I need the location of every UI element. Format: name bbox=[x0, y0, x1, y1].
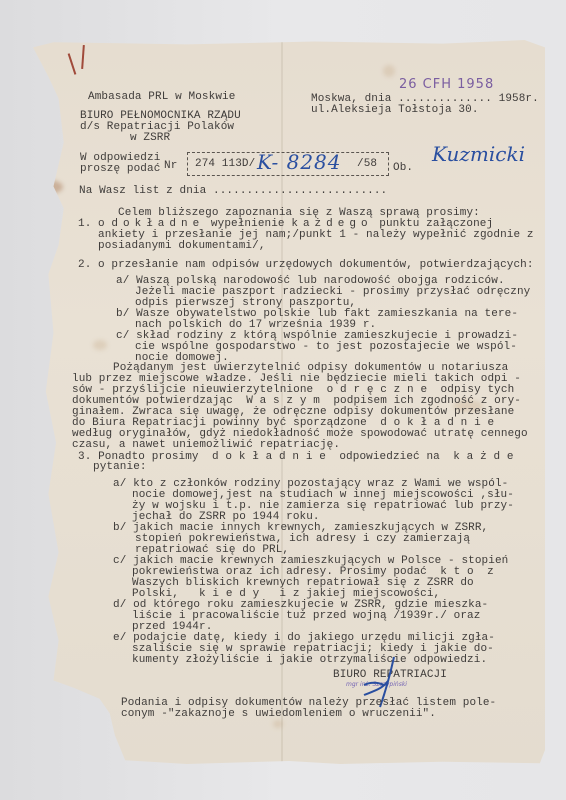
office-address: ul.Aleksieja Tołstoja 30. bbox=[311, 104, 479, 116]
point3-intro-line2: pytanie: bbox=[93, 461, 147, 473]
point1-line3: posiadanymi dokumentami/, bbox=[98, 240, 266, 252]
reference-handwritten-number: K- 8284 bbox=[257, 150, 342, 174]
stain bbox=[383, 65, 395, 77]
footer-note-line2: conym -"zakaznoje s uwiedomleniem o wruc… bbox=[121, 708, 436, 720]
letter-date-line: Na Wasz list z dnia ....................… bbox=[79, 185, 387, 197]
stain bbox=[93, 340, 107, 350]
office-name-line3: w ZSRR bbox=[130, 132, 170, 144]
notary-para-line8: czasu, a nawet uniemożliwić repatriację. bbox=[72, 439, 340, 451]
point2-number: 2. bbox=[78, 259, 91, 271]
stain bbox=[273, 720, 283, 728]
point2-line1: o przesłanie nam odpisów urzędowych doku… bbox=[98, 259, 534, 271]
nr-label: Nr bbox=[164, 160, 177, 172]
reply-label-line2: proszę podać bbox=[80, 163, 160, 175]
recipient-name-handwritten: Kuzmicki bbox=[432, 142, 525, 166]
point1-number: 1. bbox=[78, 218, 91, 230]
embassy-name: Ambasada PRL w Moskwie bbox=[88, 91, 235, 103]
ob-label: Ob. bbox=[393, 162, 413, 174]
date-stamp: 26 CFH 1958 bbox=[399, 77, 494, 92]
point3e-line3: kumenty złożyliście i jakie otrzymaliści… bbox=[132, 654, 487, 666]
reference-typed-number: 274 113D/ bbox=[195, 158, 255, 170]
reference-year: /58 bbox=[357, 158, 377, 170]
